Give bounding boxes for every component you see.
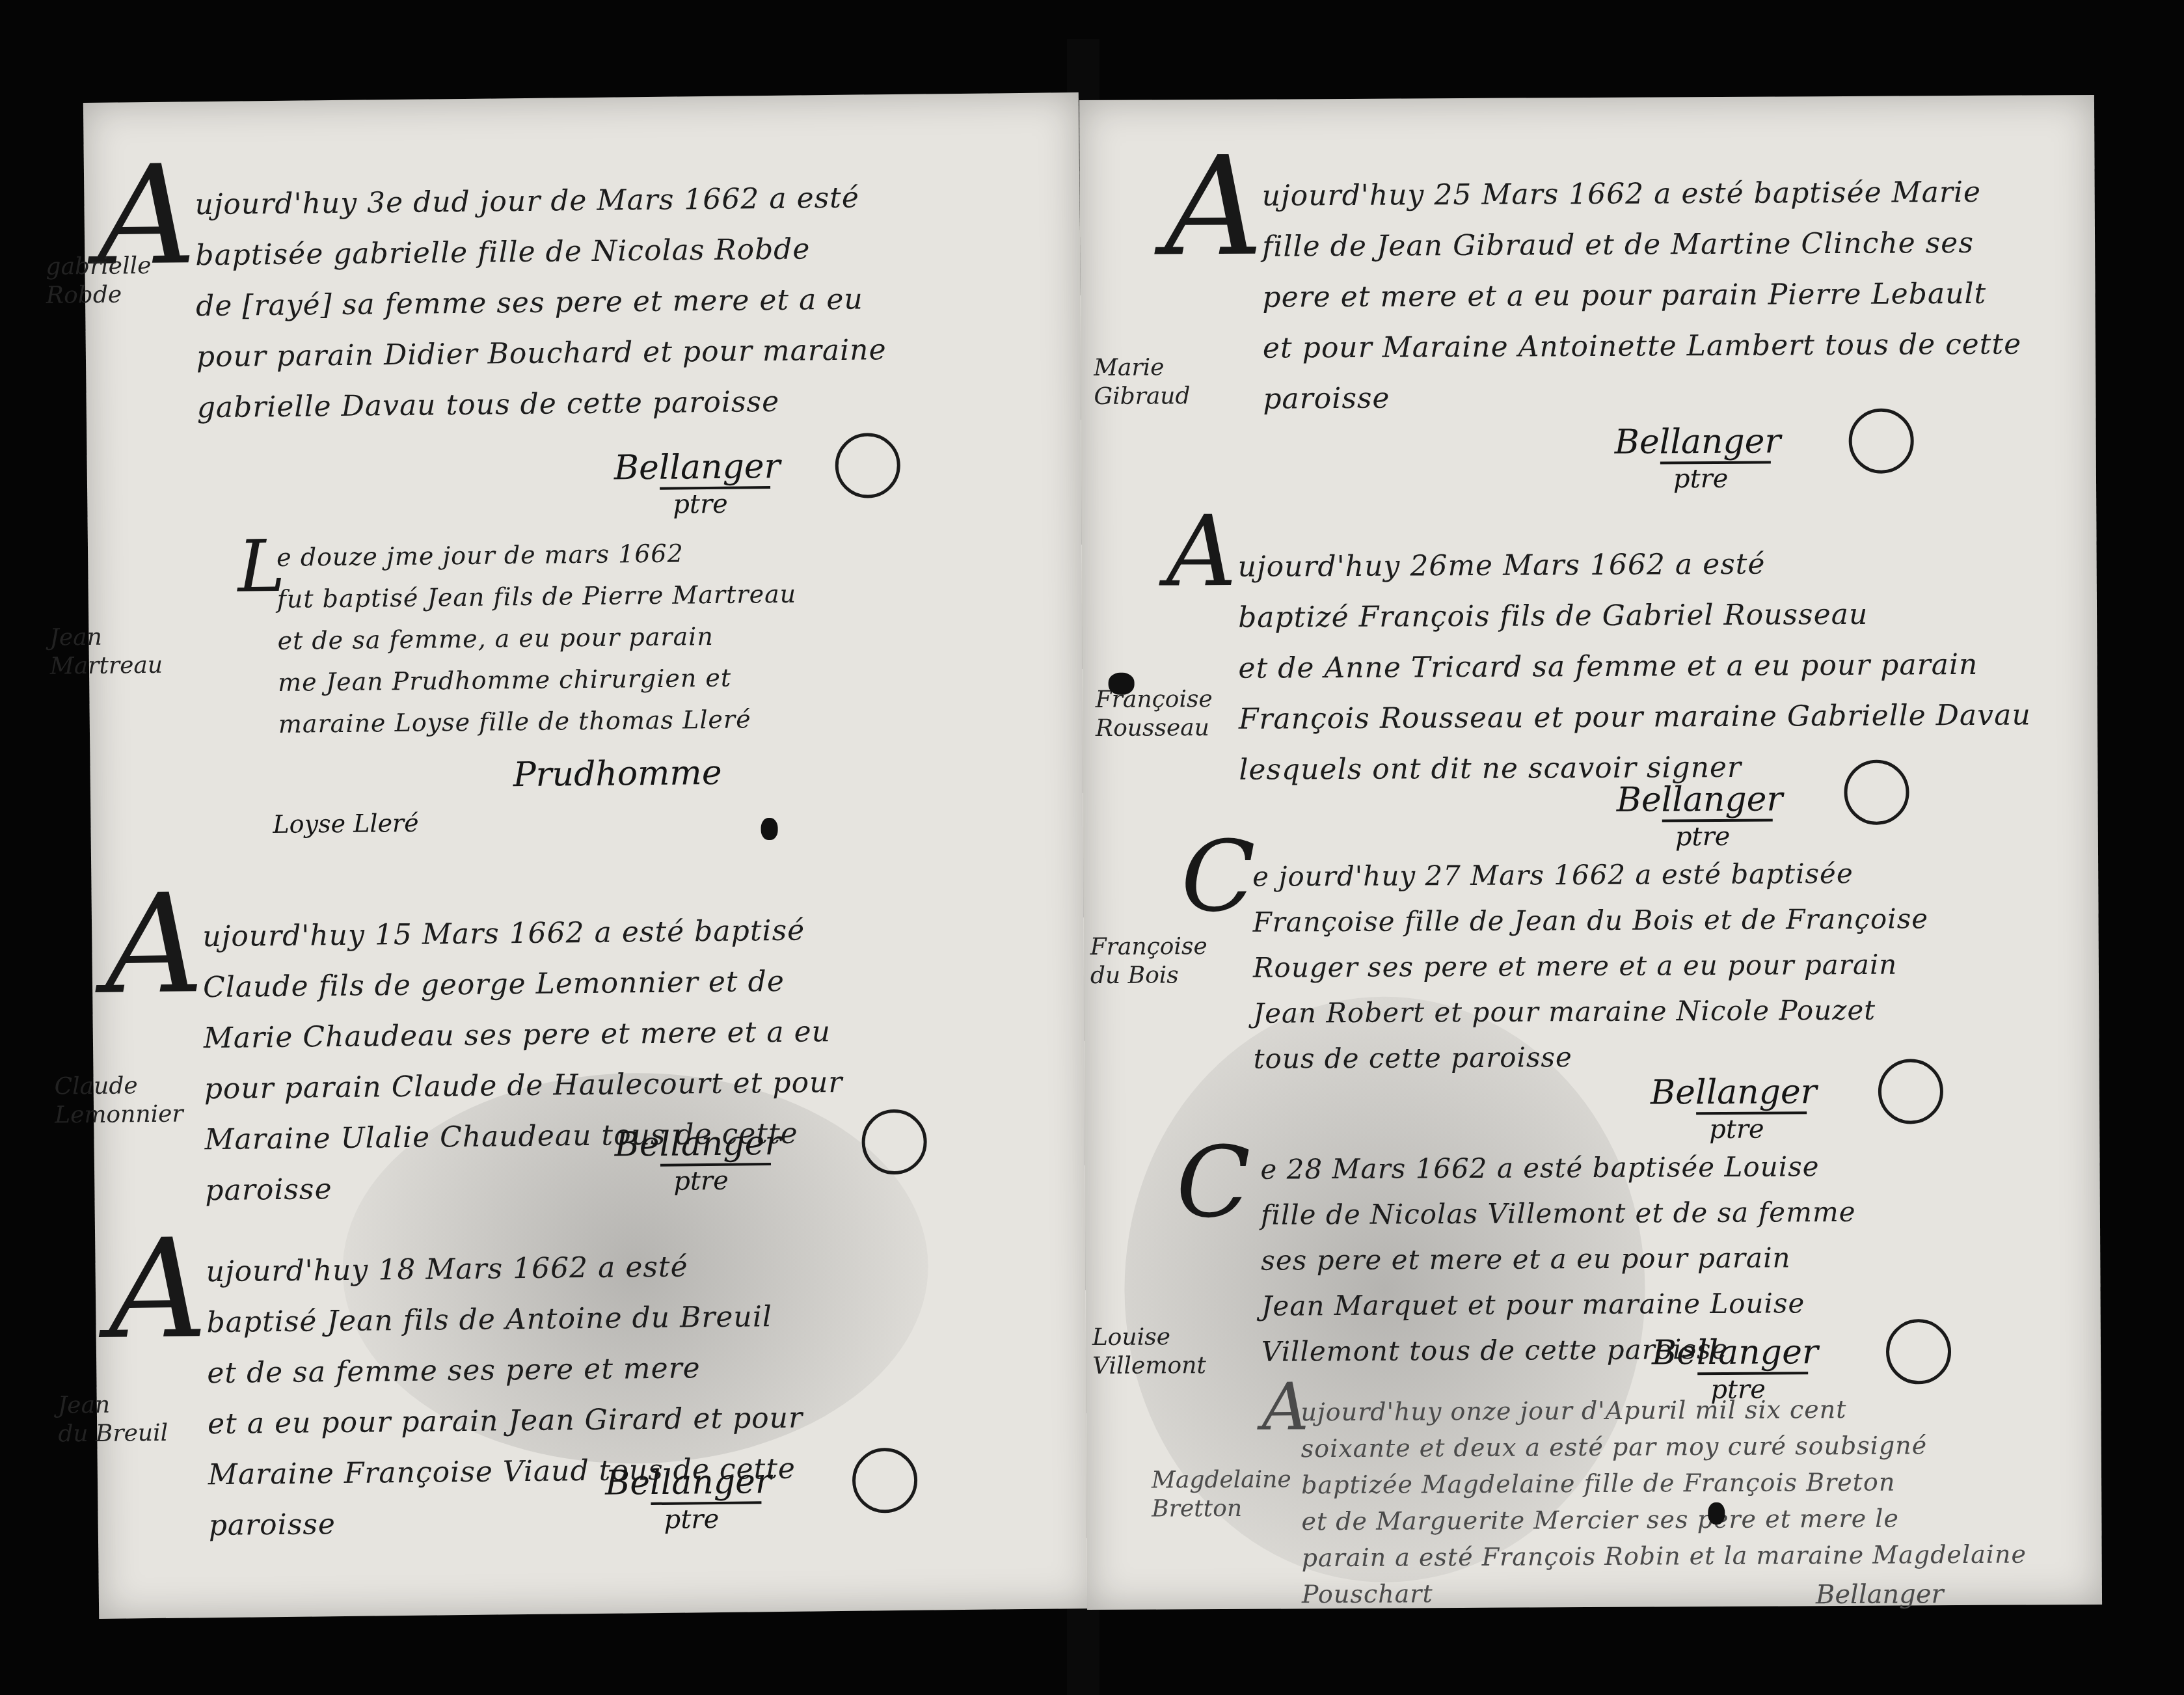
margin-note: MarieGibraud <box>1094 353 1191 411</box>
decorative-initial: C <box>1181 828 1256 927</box>
signature-paraph <box>1844 759 1909 825</box>
baptism-entry: e jourd'huy 27 Mars 1662 a esté baptisée… <box>1252 850 1929 1081</box>
signature: Bellanger ptre <box>1616 780 1783 852</box>
decorative-initial: A <box>1164 139 1263 276</box>
decorative-initial: A <box>104 876 204 1014</box>
margin-note: LouiseVillemont <box>1092 1323 1206 1381</box>
margin-note: gabrielleRobde <box>46 252 152 310</box>
signature: Bellanger <box>1816 1579 1944 1610</box>
baptism-entry: ujourd'huy 26me Mars 1662 a esté baptizé… <box>1237 537 2031 795</box>
margin-note: JeanMartreau <box>49 623 163 681</box>
ink-blot <box>1708 1502 1725 1525</box>
signature-paraph <box>835 433 900 498</box>
margin-note: ClaudeLemonnier <box>54 1072 183 1130</box>
baptism-entry: ujourd'huy 3e dud jour de Mars 1662 a es… <box>195 172 887 433</box>
signature: Bellanger ptre <box>1651 1072 1817 1145</box>
margin-note: Jeandu Breuil <box>58 1390 169 1449</box>
signature: Prudhomme <box>513 753 721 794</box>
signature-paraph <box>1878 1059 1944 1124</box>
signature-paraph <box>1886 1319 1952 1385</box>
margin-note: MagdelaineBretton <box>1152 1465 1291 1523</box>
ink-blot <box>761 818 777 840</box>
baptism-entry: ujourd'huy 25 Mars 1662 a esté baptisée … <box>1262 167 2022 425</box>
margin-note: Françoisedu Bois <box>1090 932 1207 990</box>
signature: Bellanger ptre <box>614 1124 781 1197</box>
signature-paraph <box>861 1109 927 1175</box>
signature: Loyse Lleré <box>273 809 419 839</box>
margin-note: FrançoiseRousseau <box>1096 685 1213 743</box>
left-page: A gabrielleRobde ujourd'huy 3e dud jour … <box>83 92 1094 1619</box>
signature: Bellanger ptre <box>1615 422 1781 494</box>
decorative-initial: A <box>108 1221 208 1359</box>
decorative-initial: C <box>1176 1134 1251 1232</box>
right-page: A MarieGibraud ujourd'huy 25 Mars 1662 a… <box>1079 95 2102 1610</box>
signature: Bellanger ptre <box>605 1462 772 1536</box>
ink-blot <box>1109 673 1135 695</box>
decorative-initial: A <box>1166 503 1237 601</box>
signature: Bellanger ptre <box>613 447 781 521</box>
baptism-entry: e douze jme jour de mars 1662 fut baptis… <box>276 532 798 745</box>
signature-paraph <box>1848 408 1914 474</box>
signature-paraph <box>852 1448 918 1513</box>
